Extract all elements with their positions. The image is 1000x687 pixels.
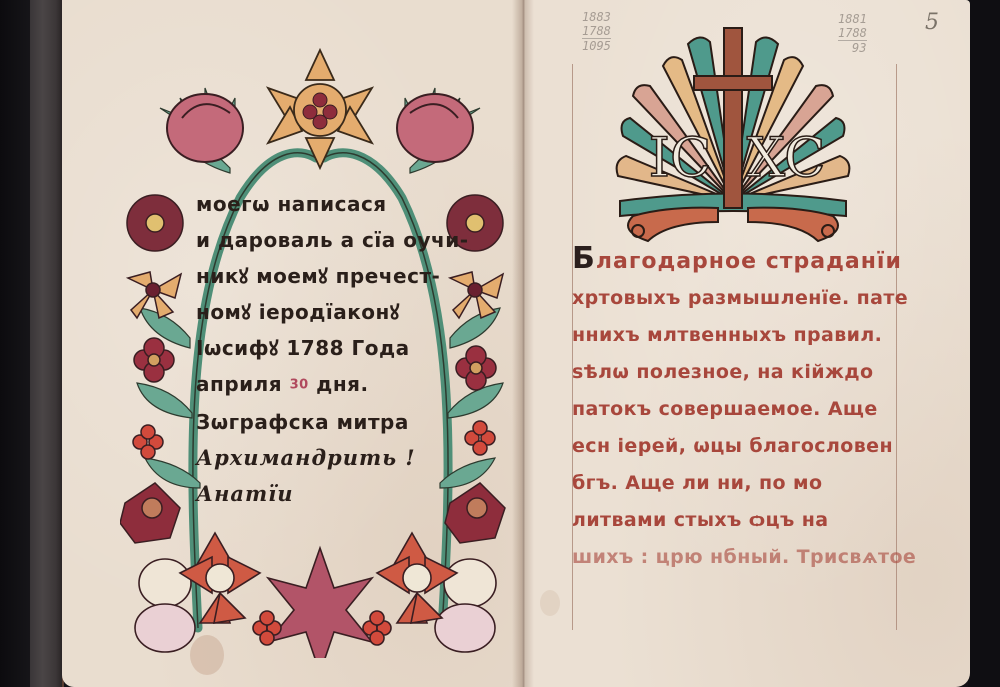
pencil-notes-left: 1883 1788 1095 <box>582 10 611 53</box>
dedication-line: Зѡграфска митра <box>196 404 442 440</box>
text-line: хртовыхъ размышленїе. пате <box>572 280 902 317</box>
signature-name: Анатїи <box>196 476 442 512</box>
day-word: дня. <box>316 372 368 396</box>
dedication-line: Іѡсифꙋ 1788 Года <box>196 330 442 366</box>
text-line: ѕѣлѡ полезное, на кійждо <box>572 354 902 391</box>
month-word: априля <box>196 372 282 396</box>
text-line: есн іерей, ѡцы благословен <box>572 428 902 465</box>
text-line: бгъ. Аще ли ни, по мо <box>572 465 902 502</box>
manuscript-text: Благодарное страданїи хртовыхъ размышлен… <box>572 240 902 576</box>
monogram-xc: XC <box>747 126 826 189</box>
ic-xc-cross-icon: IC XC <box>608 26 858 251</box>
book-cover-edge <box>30 0 64 687</box>
stain <box>540 590 560 616</box>
dedication-line: и дароваль а сїа оучи- <box>196 222 442 258</box>
dedication-date-line: априля 30 дня. <box>196 366 442 404</box>
background-right <box>968 0 1000 687</box>
text-line: шихъ : црю нбный. Трисвѧтое <box>572 539 902 576</box>
folio-number: 5 <box>925 10 939 35</box>
dedication-line: номꙋ іеродїаконꙋ <box>196 294 442 330</box>
day-number: 30 <box>290 378 309 393</box>
title-initial: Б <box>572 241 596 276</box>
text-line: литвами стыхъ ѻцъ на <box>572 502 902 539</box>
signature-title: Архимандрить ! <box>196 440 442 476</box>
text-line: ннихъ млтвенныхъ правил. <box>572 317 902 354</box>
cross-emblem: IC XC <box>608 26 858 251</box>
dedication-text: моегѡ написася и дароваль а сїа оучи- ни… <box>196 186 442 512</box>
title-rest: лагодарное страданїи <box>596 249 902 274</box>
dedication-line: никꙋ моемꙋ пречест- <box>196 258 442 294</box>
dedication-line: моегѡ написася <box>196 186 442 222</box>
text-line: патокъ совершаемое. Аще <box>572 391 902 428</box>
title-line: Благодарное страданїи <box>572 240 902 280</box>
background-left <box>0 0 34 687</box>
monogram-ic: IC <box>649 126 712 189</box>
